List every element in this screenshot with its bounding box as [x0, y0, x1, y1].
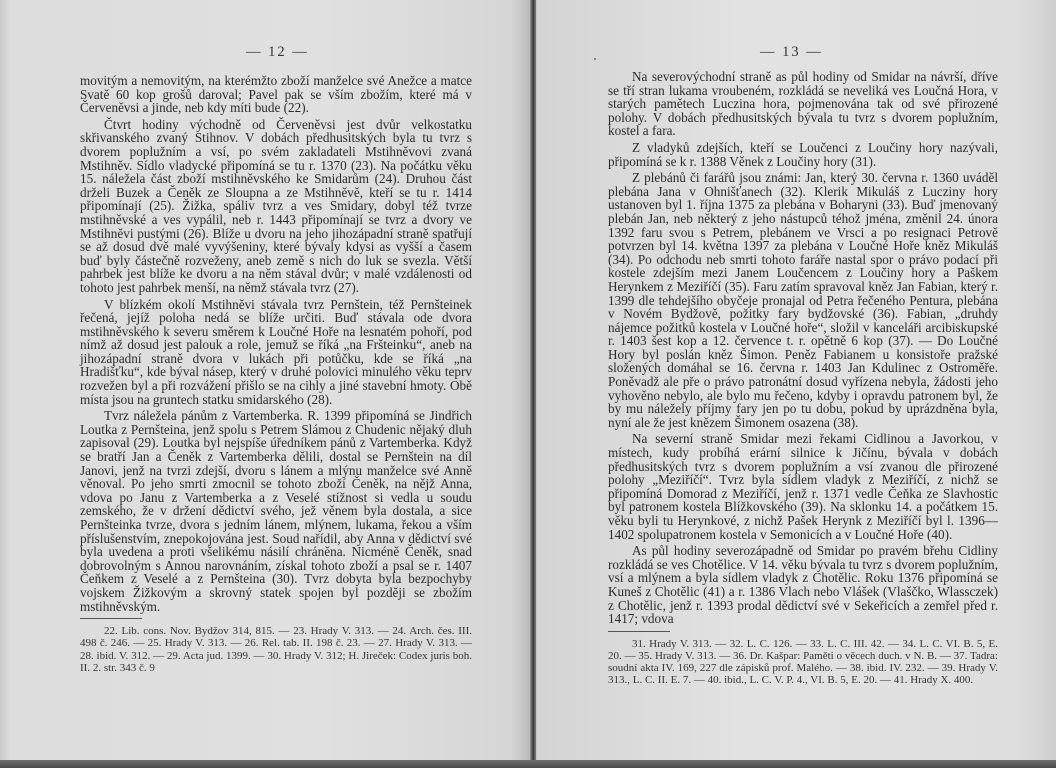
footnotes-right: 31. Hrady V. 313. — 32. L. C. 126. — 33.… — [608, 638, 998, 687]
left-page-body: movitým a nemovitým, na kterémžto zboží … — [80, 74, 472, 674]
footnote-text: 31. Hrady V. 313. — 32. L. C. 126. — 33.… — [608, 638, 998, 687]
footnote-text: 22. Lib. cons. Nov. Bydžov 314, 815. — 2… — [80, 625, 472, 674]
right-page-body: Na severovýchodní straně as půl hodiny o… — [608, 70, 998, 687]
paragraph: Na severní straně Smidar mezi řekami Cid… — [608, 432, 998, 541]
paragraph: Tvrz náležela pánům z Vartemberka. R. 13… — [80, 409, 472, 613]
footnote-rule — [608, 631, 670, 632]
scan-bottom-edge — [0, 760, 1056, 768]
paragraph: Na severovýchodní straně as půl hodiny o… — [608, 70, 998, 138]
paragraph: As půl hodiny severozápadně od Smidar po… — [608, 544, 998, 626]
paragraph: Čtvrt hodiny východně od Červeněvsi jest… — [80, 118, 472, 295]
paragraph: Z vladyků zdejších, kteří se Loučenci z … — [608, 141, 998, 168]
paragraph: V blízkém okolí Mstihněvi stávala tvrz P… — [80, 298, 472, 407]
paragraph: Z plebánů či farářů jsou známi: Jan, kte… — [608, 171, 998, 429]
scan-speck — [594, 58, 596, 60]
page-number-left: — 12 — — [246, 44, 309, 61]
footnotes-left: 22. Lib. cons. Nov. Bydžov 314, 815. — 2… — [80, 625, 472, 674]
book-gutter — [530, 0, 536, 760]
footnote-rule — [80, 618, 142, 619]
paragraph: movitým a nemovitým, na kterémžto zboží … — [80, 74, 472, 115]
page-number-right: — 13 — — [760, 44, 823, 61]
